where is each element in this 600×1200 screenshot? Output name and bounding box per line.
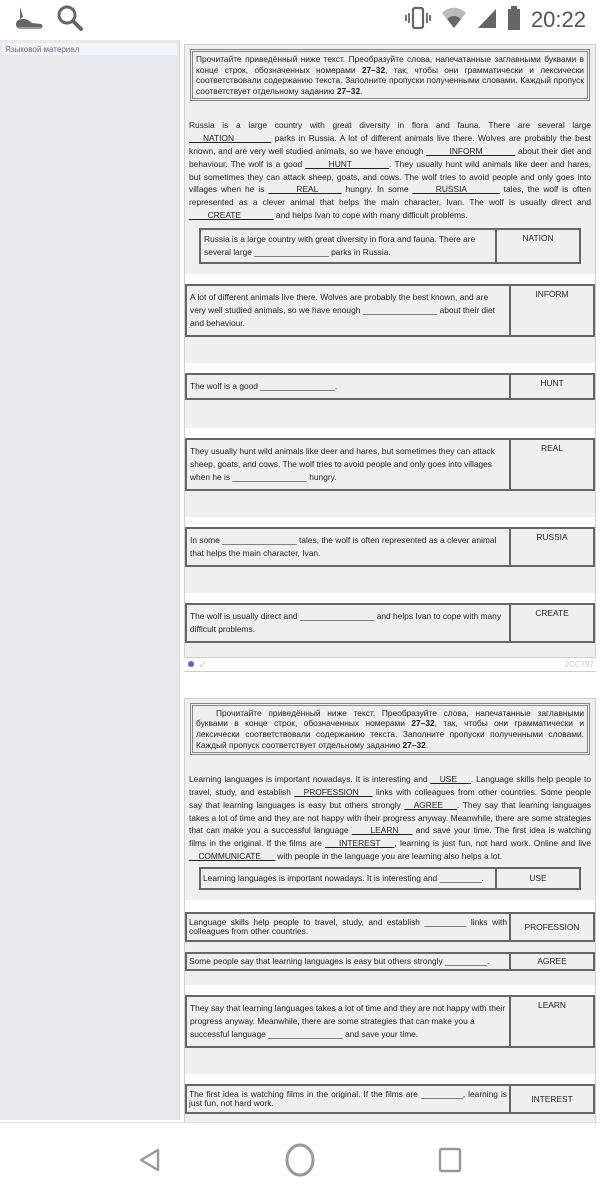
passage-text: with people in the language you are lear… xyxy=(275,851,502,861)
passage-gap: _____RUSSIA_______ xyxy=(413,184,500,194)
check-icon: ✓ xyxy=(198,658,207,671)
clock: 20:22 xyxy=(531,7,586,33)
home-icon xyxy=(284,1143,316,1182)
search-icon[interactable] xyxy=(56,4,84,37)
task-id: 2CC797 xyxy=(565,660,594,669)
passage-gap: __COMMUNICATE___ xyxy=(189,851,275,861)
question-row: Learning languages is important nowadays… xyxy=(199,867,581,890)
passage-gap: ____CREATE_______ xyxy=(189,210,274,220)
sidebar-item-language-material[interactable]: Языковой материал xyxy=(2,43,177,55)
recents-icon xyxy=(438,1147,462,1178)
question-keyword: RUSSIA xyxy=(511,529,593,565)
question-keyword: HUNT xyxy=(511,375,593,398)
passage-gap: __USE___ xyxy=(430,774,471,784)
task-passage: Learning languages is important nowadays… xyxy=(185,759,595,863)
passage-gap: ______REAL_____ xyxy=(268,184,341,194)
passage-gap: _____HUNT________ xyxy=(305,159,389,169)
question-text: Language skills help people to travel, s… xyxy=(187,914,511,940)
question-row: Russia is a large country with great div… xyxy=(199,228,581,264)
question-keyword: INTEREST xyxy=(511,1086,593,1112)
passage-text: hungry. In some xyxy=(342,184,413,194)
question-row: The wolf is usually direct and _________… xyxy=(185,603,595,643)
question-row: They usually hunt wild animals like deer… xyxy=(185,438,595,491)
passage-text: , learning is just fun, not hard work. O… xyxy=(394,838,591,848)
question-keyword: REAL xyxy=(511,440,593,489)
shoe-icon[interactable] xyxy=(14,5,44,36)
task-instruction: Прочитайте приведённый ниже текст. Преоб… xyxy=(190,49,590,101)
passage-text: Learning languages is important nowadays… xyxy=(189,774,430,784)
passage-gap: ___NATION________ xyxy=(189,133,271,143)
back-icon xyxy=(138,1147,162,1178)
question-row: The wolf is a good ________________. HUN… xyxy=(185,373,595,400)
question-keyword: INFORM xyxy=(511,286,593,335)
question-text: Learning languages is important nowadays… xyxy=(201,869,497,888)
home-button[interactable] xyxy=(285,1147,315,1177)
page: Языковой материал Прочитайте приведённый… xyxy=(0,40,600,1120)
question-row: Language skills help people to travel, s… xyxy=(185,912,595,942)
passage-text: and helps Ivan to cope with many difficu… xyxy=(274,210,468,220)
task-passage: Russia is a large country with great div… xyxy=(185,105,595,221)
question-keyword: NATION xyxy=(497,230,579,262)
question-keyword: PROFESSION xyxy=(511,914,593,940)
question-keyword: USE xyxy=(497,869,579,888)
question-text: In some ________________ tales, the wolf… xyxy=(187,529,511,565)
question-keyword: CREATE xyxy=(511,605,593,641)
task-instruction: Прочитайте приведённый ниже текст. Преоб… xyxy=(190,703,590,755)
passage-gap: __AGREE___ xyxy=(404,800,457,810)
vibrate-icon xyxy=(405,5,431,36)
question-row: In some ________________ tales, the wolf… xyxy=(185,527,595,567)
question-text: They usually hunt wild animals like deer… xyxy=(187,440,511,489)
passage-text: Russia is a large country with great div… xyxy=(189,120,591,130)
question-row: Some people say that learning languages … xyxy=(185,952,595,971)
recents-button[interactable] xyxy=(435,1147,465,1177)
question-text: Some people say that learning languages … xyxy=(187,954,511,969)
question-text: The wolf is usually direct and _________… xyxy=(187,605,511,641)
question-row: They say that learning languages takes a… xyxy=(185,995,595,1048)
battery-icon xyxy=(507,5,521,36)
navigation-bar xyxy=(0,1122,600,1200)
signal-icon xyxy=(477,7,497,34)
back-button[interactable] xyxy=(135,1147,165,1177)
question-text: A lot of different animals live there. W… xyxy=(187,286,511,335)
passage-gap: ___INTEREST___ xyxy=(325,838,394,848)
content: Прочитайте приведённый ниже текст. Преоб… xyxy=(184,40,596,1120)
sidebar: Языковой материал xyxy=(0,40,180,1120)
question-text: They say that learning languages takes a… xyxy=(187,997,511,1046)
question-keyword: LEARN xyxy=(511,997,593,1046)
status-bar: 20:22 xyxy=(0,0,600,40)
task-footer: ✓ 2CC797 xyxy=(184,658,596,672)
task: Прочитайте приведённый ниже текст. Преоб… xyxy=(184,698,596,1159)
question-text: The first idea is watching films in the … xyxy=(187,1086,511,1112)
question-keyword: AGREE xyxy=(511,954,593,969)
task: Прочитайте приведённый ниже текст. Преоб… xyxy=(184,44,596,658)
passage-gap: ____LEARN___ xyxy=(352,825,413,835)
question-row: A lot of different animals live there. W… xyxy=(185,284,595,337)
question-text: Russia is a large country with great div… xyxy=(201,230,497,262)
passage-gap: _____INFORM_______ xyxy=(426,146,515,156)
wifi-icon xyxy=(441,7,467,34)
passage-gap: __PROFESSION___ xyxy=(294,787,372,797)
question-text: The wolf is a good ________________. xyxy=(187,375,511,398)
question-row: The first idea is watching films in the … xyxy=(185,1084,595,1114)
comment-icon[interactable] xyxy=(188,661,194,667)
